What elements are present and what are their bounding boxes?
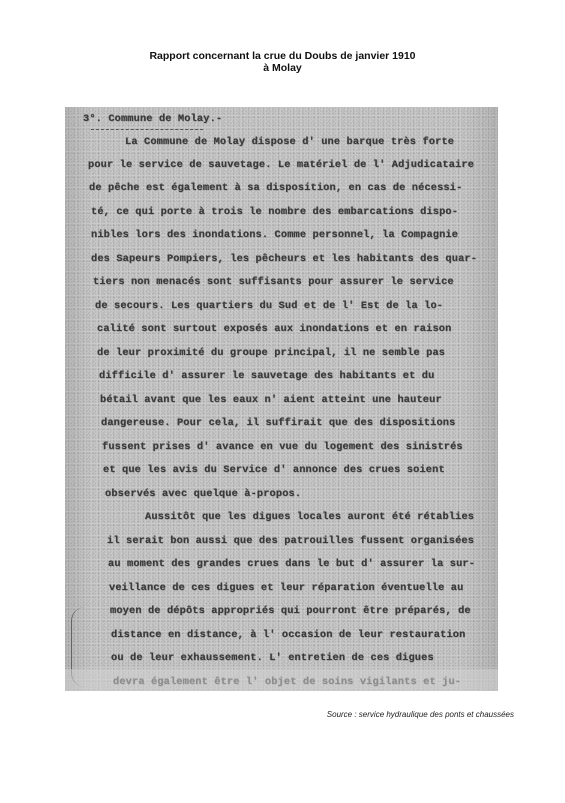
section-heading: 3°. Commune de Molay.-: [83, 113, 222, 125]
text-line: pour le service de sauvetage. Le matérie…: [88, 159, 474, 171]
text-line: difficile d' assurer le sauvetage des ha…: [99, 370, 434, 382]
title-line-2: à Molay: [0, 62, 565, 74]
text-line: ou de leur exhaussement. L' entretien de…: [111, 652, 434, 664]
text-line: des Sapeurs Pompiers, les pêcheurs et le…: [91, 253, 477, 265]
text-line: distance en distance, à l' occasion de l…: [111, 629, 465, 641]
text-line: nibles lors des inondations. Comme perso…: [91, 229, 458, 241]
text-line: bétail avant que les eaux n' aient attei…: [100, 394, 442, 406]
page-title: Rapport concernant la crue du Doubs de j…: [0, 50, 565, 74]
text-line: moyen de dépôts appropriés qui pourront …: [110, 605, 471, 617]
text-line: observés avec quelque à-propos.: [105, 488, 301, 500]
text-line: de leur proximité du groupe principal, i…: [97, 347, 445, 359]
text-line: veillance de ces digues et leur réparati…: [109, 582, 463, 594]
text-line: La Commune de Molay dispose d' une barqu…: [125, 136, 454, 148]
text-line: de pêche est également à sa disposition,…: [89, 182, 462, 194]
text-line: té, ce qui porte à trois le nombre des e…: [91, 206, 458, 218]
text-line: de secours. Les quartiers du Sud et de l…: [95, 300, 443, 312]
title-line-1: Rapport concernant la crue du Doubs de j…: [0, 50, 565, 62]
text-line: au moment des grandes crues dans le but …: [108, 558, 475, 570]
scanned-typewritten-page: 3°. Commune de Molay.- La Commune de Mol…: [65, 107, 498, 691]
text-line: devra également être l' objet de soins v…: [113, 676, 461, 688]
text-line: tiers non menacés sont suffisants pour a…: [93, 276, 454, 288]
margin-bracket-mark: [71, 607, 86, 687]
text-line: et que les avis du Service d' annonce de…: [103, 464, 445, 476]
text-line: dangereuse. Pour cela, il suffirait que …: [101, 417, 455, 429]
source-caption: Source : service hydraulique des ponts e…: [327, 710, 514, 719]
text-line: Aussitôt que les digues locales auront é…: [145, 511, 474, 523]
text-line: fussent prises d' avance en vue du logem…: [102, 441, 463, 453]
heading-underline: [91, 129, 203, 130]
text-line: il serait bon aussi que des patrouilles …: [107, 535, 474, 547]
text-line: calité sont surtout exposés aux inondati…: [97, 323, 451, 335]
